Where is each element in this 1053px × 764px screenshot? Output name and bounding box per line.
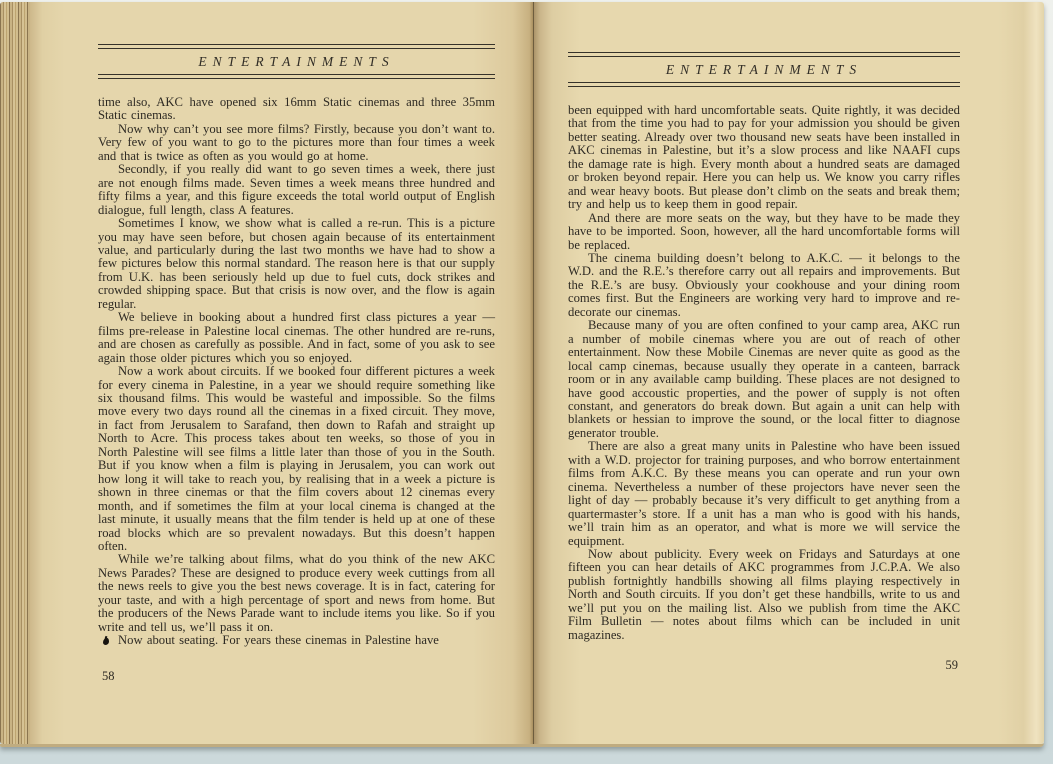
paragraph: been equipped with hard uncomfortable se… xyxy=(568,104,960,212)
paragraph: Because many of you are often confined t… xyxy=(568,319,960,440)
page-edges xyxy=(0,2,30,744)
header-title: ENTERTAINMENTS xyxy=(98,54,495,70)
header-rule-bottom xyxy=(568,82,960,87)
page-body: time also, AKC have opened six 16mm Stat… xyxy=(98,96,495,648)
book-spread: ENTERTAINMENTS time also, AKC have opene… xyxy=(0,2,1044,747)
header-rule-top xyxy=(568,52,960,57)
ink-blot-icon xyxy=(103,638,109,645)
paragraph: The cinema building doesn’t belong to A.… xyxy=(568,252,960,319)
paragraph: Sometimes I know, we show what is called… xyxy=(98,217,495,311)
header-rule-bottom xyxy=(98,74,495,79)
page-number: 59 xyxy=(568,658,960,673)
paragraph: Now about seating. For years these cinem… xyxy=(98,634,495,647)
paragraph: Now a work about circuits. If we booked … xyxy=(98,365,495,553)
page-body: been equipped with hard uncomfortable se… xyxy=(568,104,960,642)
paragraph: There are also a great many units in Pal… xyxy=(568,440,960,548)
paragraph: We believe in booking about a hundred fi… xyxy=(98,311,495,365)
paragraph: Now why can’t you see more films? Firstl… xyxy=(98,123,495,163)
page-right: ENTERTAINMENTS been equipped with hard u… xyxy=(533,2,1044,744)
running-header: ENTERTAINMENTS xyxy=(98,44,495,79)
header-rule-top xyxy=(98,44,495,49)
paragraph: time also, AKC have opened six 16mm Stat… xyxy=(98,96,495,123)
paragraph: While we’re talking about films, what do… xyxy=(98,553,495,634)
running-header: ENTERTAINMENTS xyxy=(568,52,960,87)
paragraph: Secondly, if you really did want to go s… xyxy=(98,163,495,217)
paragraph: Now about publicity. Every week on Frida… xyxy=(568,548,960,642)
page-number: 58 xyxy=(98,669,495,684)
header-title: ENTERTAINMENTS xyxy=(568,62,960,78)
paragraph-text: Now about seating. For years these cinem… xyxy=(118,633,439,647)
page-left: ENTERTAINMENTS time also, AKC have opene… xyxy=(30,2,533,744)
paragraph: And there are more seats on the way, but… xyxy=(568,212,960,252)
